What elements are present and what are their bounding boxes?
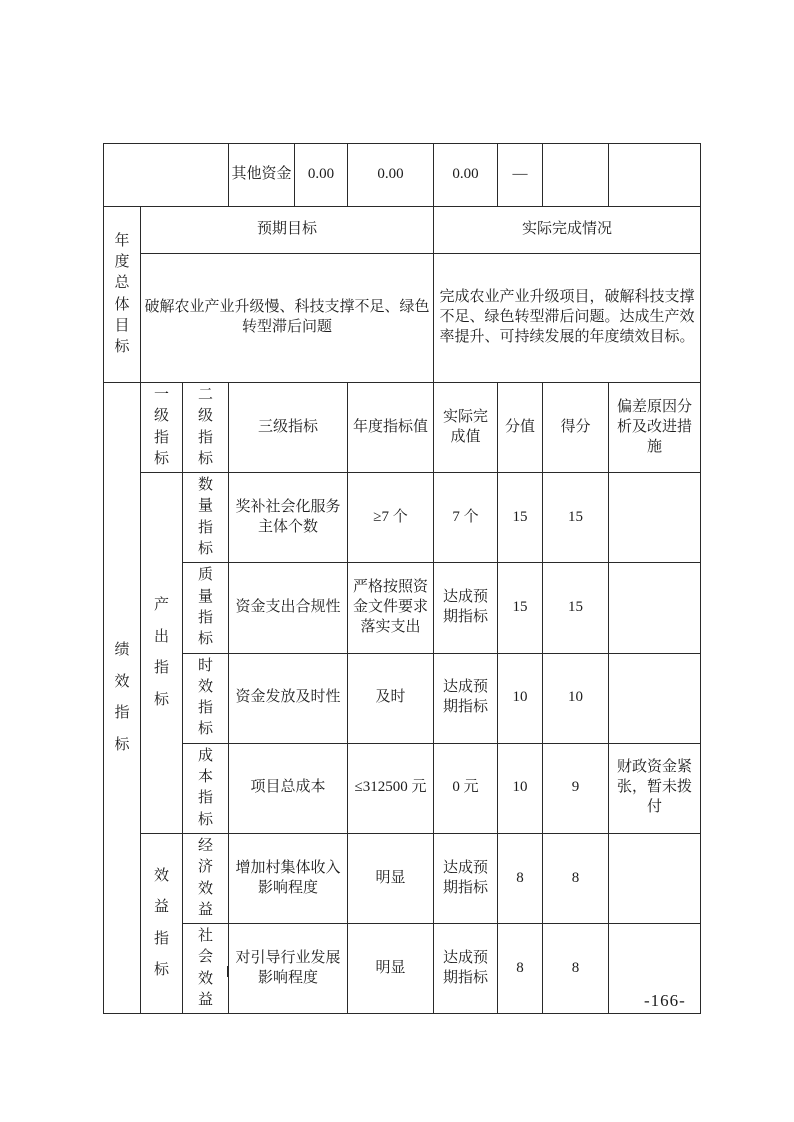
indicator-target: ≥7 个 [348, 473, 434, 563]
expected-goal-header: 预期目标 [141, 207, 434, 254]
goal-row-label: 年度总体目标 [115, 231, 130, 359]
group-output-label: 产出指标 [154, 590, 169, 716]
level2-cell: 质量指标 [183, 563, 229, 653]
funding-empty-cell-2 [543, 144, 609, 207]
level2-label: 时效指标 [198, 656, 213, 741]
indicator-gain: 9 [543, 743, 609, 833]
indicator-deviation [609, 473, 701, 563]
indicator-gain: 15 [543, 473, 609, 563]
header-actual: 实际完成值 [434, 383, 498, 473]
indicator-deviation [609, 653, 701, 743]
funding-dash-cell: — [498, 144, 543, 207]
indicator-name: 项目总成本 [229, 743, 348, 833]
expected-goal-text: 破解农业产业升级慢、科技支撑不足、绿色转型滞后问题 [141, 254, 434, 383]
indicator-score: 8 [498, 833, 543, 923]
header-level1-cell: 一级指标 [141, 383, 183, 473]
indicator-actual: 7 个 [434, 473, 498, 563]
group-benefit-label: 效益指标 [154, 861, 169, 987]
indicator-actual: 达成预期指标 [434, 924, 498, 1014]
indicator-target: 及时 [348, 653, 434, 743]
indicator-row-quantity: 产出指标 数量指标 奖补社会化服务主体个数 ≥7 个 7 个 15 15 [104, 473, 701, 563]
goal-row-label-cell: 年度总体目标 [104, 207, 141, 383]
actual-result-text: 完成农业产业升级项目，破解科技支撑不足、绿色转型滞后问题。达成生产效率提升、可持… [434, 254, 701, 383]
indicator-row-timeliness: 时效指标 资金发放及时性 及时 达成预期指标 10 10 [104, 653, 701, 743]
goal-text-row: 破解农业产业升级慢、科技支撑不足、绿色转型滞后问题 完成农业产业升级项目，破解科… [104, 254, 701, 383]
indicator-target: ≤312500 元 [348, 743, 434, 833]
level2-cell: 时效指标 [183, 653, 229, 743]
indicator-gain: 8 [543, 924, 609, 1014]
funding-value-2: 0.00 [348, 144, 434, 207]
indicator-row-cost: 成本指标 项目总成本 ≤312500 元 0 元 10 9 财政资金紧张，暂未拨… [104, 743, 701, 833]
funding-empty-cell-3 [609, 144, 701, 207]
indicator-name: 奖补社会化服务主体个数 [229, 473, 348, 563]
funding-value-1: 0.00 [295, 144, 348, 207]
actual-result-header: 实际完成情况 [434, 207, 701, 254]
funding-label-cell: 其他资金 [229, 144, 295, 207]
level2-cell: 数量指标 [183, 473, 229, 563]
indicator-actual: 达成预期指标 [434, 833, 498, 923]
indicator-target: 明显 [348, 924, 434, 1014]
indicator-score: 10 [498, 653, 543, 743]
document-page: 其他资金 0.00 0.00 0.00 — 年度总体目标 预期目标 实际完成情况… [0, 0, 794, 1122]
level2-label: 数量指标 [198, 475, 213, 560]
indicator-score: 15 [498, 473, 543, 563]
indicator-actual: 达成预期指标 [434, 653, 498, 743]
indicator-actual: 0 元 [434, 743, 498, 833]
indicator-name: 资金发放及时性 [229, 653, 348, 743]
level2-label: 经济效益 [198, 836, 213, 921]
indicator-actual: 达成预期指标 [434, 563, 498, 653]
perf-section-label: 绩效指标 [115, 635, 130, 761]
header-level2: 二级指标 [198, 385, 213, 470]
funding-empty-cell [104, 144, 229, 207]
header-gain: 得分 [543, 383, 609, 473]
indicator-score: 8 [498, 924, 543, 1014]
indicator-row-quality: 质量指标 资金支出合规性 严格按照资金文件要求落实支出 达成预期指标 15 15 [104, 563, 701, 653]
level2-label: 质量指标 [198, 565, 213, 650]
header-score: 分值 [498, 383, 543, 473]
indicator-gain: 15 [543, 563, 609, 653]
header-target: 年度指标值 [348, 383, 434, 473]
indicator-name: 对引导行业发展影响程度 [229, 924, 348, 1014]
performance-evaluation-table: 其他资金 0.00 0.00 0.00 — 年度总体目标 预期目标 实际完成情况… [103, 143, 701, 1014]
indicator-row-economic: 效益指标 经济效益 增加村集体收入影响程度 明显 达成预期指标 8 8 [104, 833, 701, 923]
group-output-cell: 产出指标 [141, 473, 183, 834]
page-number: -166- [644, 991, 686, 1011]
perf-section-cell: 绩效指标 [104, 383, 141, 1014]
indicator-target: 严格按照资金文件要求落实支出 [348, 563, 434, 653]
indicator-score: 10 [498, 743, 543, 833]
indicator-header-row: 绩效指标 一级指标 二级指标 三级指标 年度指标值 实际完成值 分值 得分 偏差… [104, 383, 701, 473]
group-benefit-cell: 效益指标 [141, 833, 183, 1013]
goal-header-row: 年度总体目标 预期目标 实际完成情况 [104, 207, 701, 254]
header-level3: 三级指标 [229, 383, 348, 473]
indicator-score: 15 [498, 563, 543, 653]
header-deviation: 偏差原因分析及改进措施 [609, 383, 701, 473]
header-level2-cell: 二级指标 [183, 383, 229, 473]
scan-artifact-line [182, 966, 228, 977]
indicator-target: 明显 [348, 833, 434, 923]
indicator-name: 资金支出合规性 [229, 563, 348, 653]
indicator-gain: 8 [543, 833, 609, 923]
indicator-gain: 10 [543, 653, 609, 743]
level2-label: 成本指标 [198, 746, 213, 831]
indicator-deviation [609, 563, 701, 653]
indicator-deviation [609, 833, 701, 923]
header-level1: 一级指标 [154, 385, 169, 470]
indicator-name: 增加村集体收入影响程度 [229, 833, 348, 923]
indicator-deviation: 财政资金紧张，暂未拨付 [609, 743, 701, 833]
funding-row: 其他资金 0.00 0.00 0.00 — [104, 144, 701, 207]
level2-cell: 经济效益 [183, 833, 229, 923]
level2-cell: 成本指标 [183, 743, 229, 833]
funding-value-3: 0.00 [434, 144, 498, 207]
